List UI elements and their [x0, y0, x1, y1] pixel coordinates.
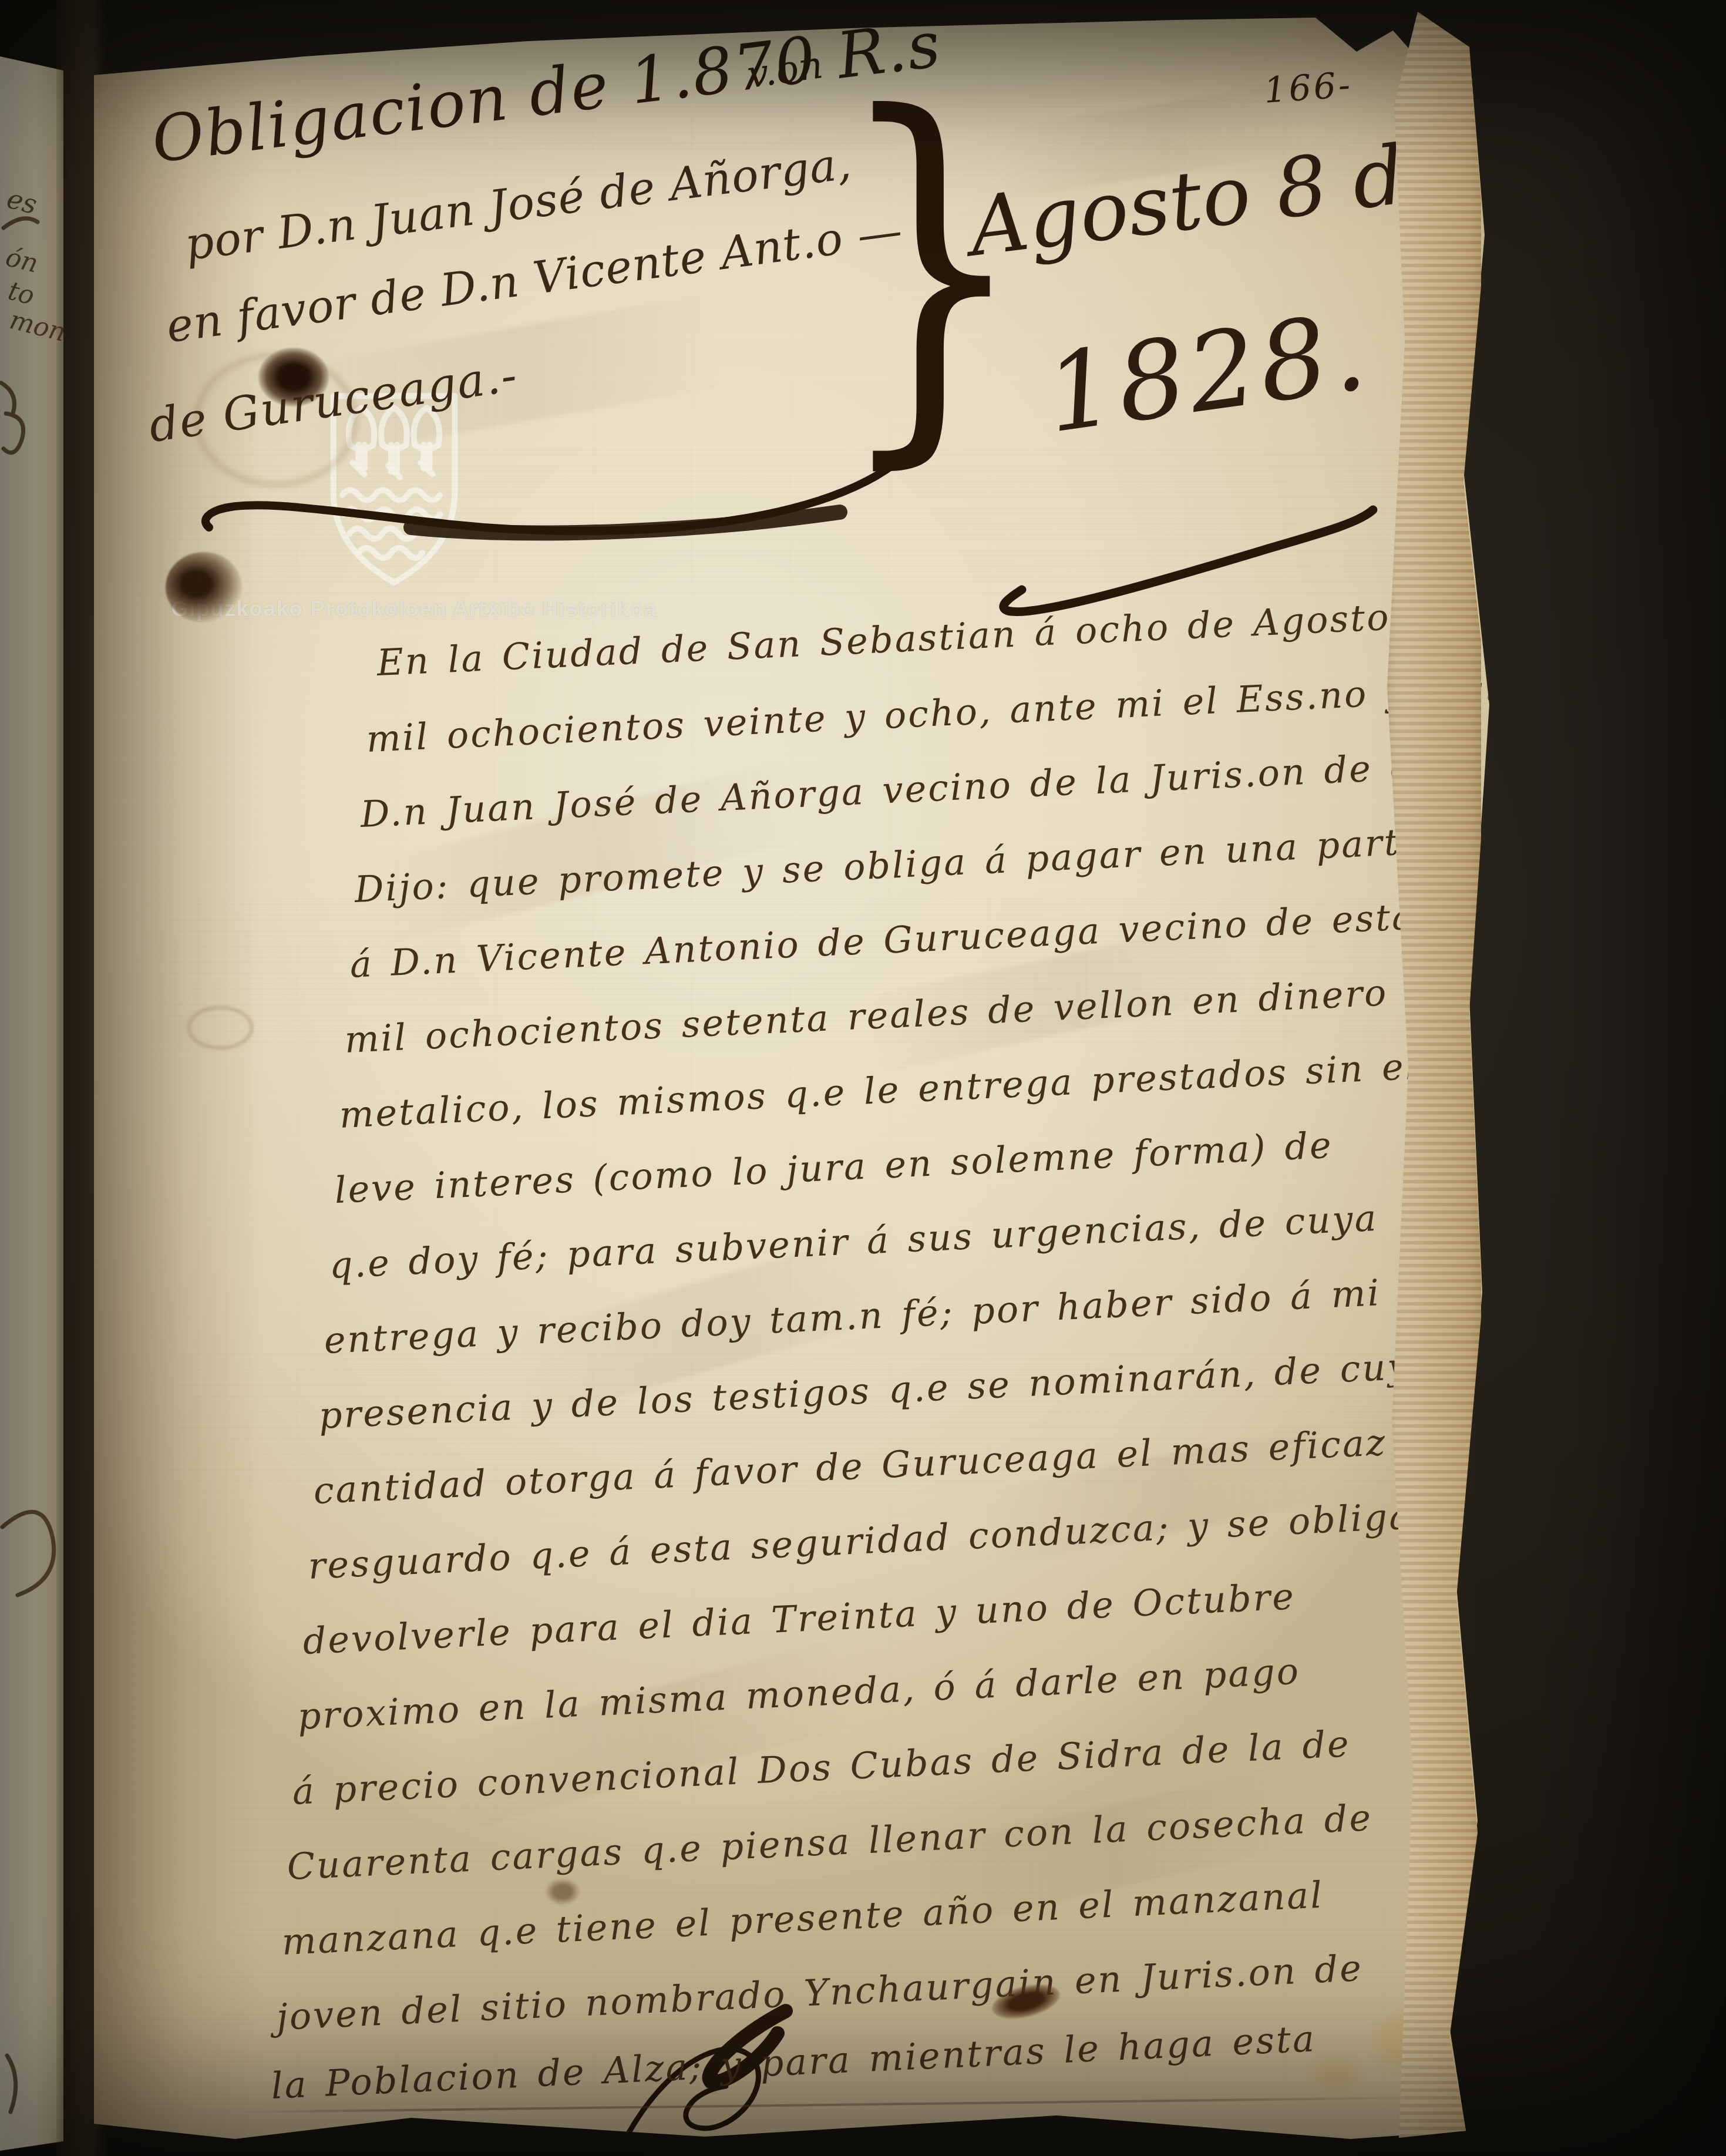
ink-blot	[166, 552, 242, 623]
body-line: Dijo: que promete y se obliga á pagar en…	[354, 818, 1463, 911]
date-heading-line2: 1828.	[1038, 288, 1376, 457]
body-line: metalico, los mismos q.e le entrega pres…	[338, 1040, 1517, 1136]
foxing-stain	[1310, 2056, 1362, 2093]
body-line: presencia y de los testigos q.e se nomin…	[318, 1344, 1434, 1437]
ink-smudge	[545, 1878, 580, 1905]
folio-number: 166-	[1263, 64, 1354, 111]
body-line: manzana q.e tiene el presente año en el …	[281, 1873, 1324, 1963]
body-line: entrega y recibo doy tam.n fé; por haber…	[323, 1271, 1382, 1362]
body-line: cantidad otorga á favor de Guruceaga el …	[312, 1421, 1388, 1512]
manuscript-photo: es ón to mon	[0, 0, 1726, 2156]
ink-blot-ring	[194, 352, 358, 487]
body-line: Cuarenta cargas q.e piensa llenar con la…	[286, 1796, 1374, 1888]
verso-flourish-strokes	[0, 0, 63, 2156]
verso-page-edge: es ón to mon	[0, 0, 63, 2156]
date-heading-line1: Agosto 8 de	[964, 122, 1457, 274]
body-line: mil ochocientos setenta reales de vellon…	[344, 971, 1389, 1061]
body-line: devolverle para el dia Treinta y uno de …	[302, 1575, 1296, 1663]
body-line: q.e doy fé; para subvenir á sus urgencia…	[328, 1196, 1379, 1287]
body-line: á precio convencional Dos Cubas de Sidra…	[291, 1722, 1351, 1813]
body-line: leve interes (como lo jura en solemne fo…	[334, 1124, 1334, 1212]
body-line: resguardo q.e á esta seguridad conduzca;…	[307, 1492, 1454, 1587]
body-line: proximo en la misma moneda, ó á darle en…	[297, 1649, 1301, 1737]
stain-ring	[187, 1005, 254, 1050]
